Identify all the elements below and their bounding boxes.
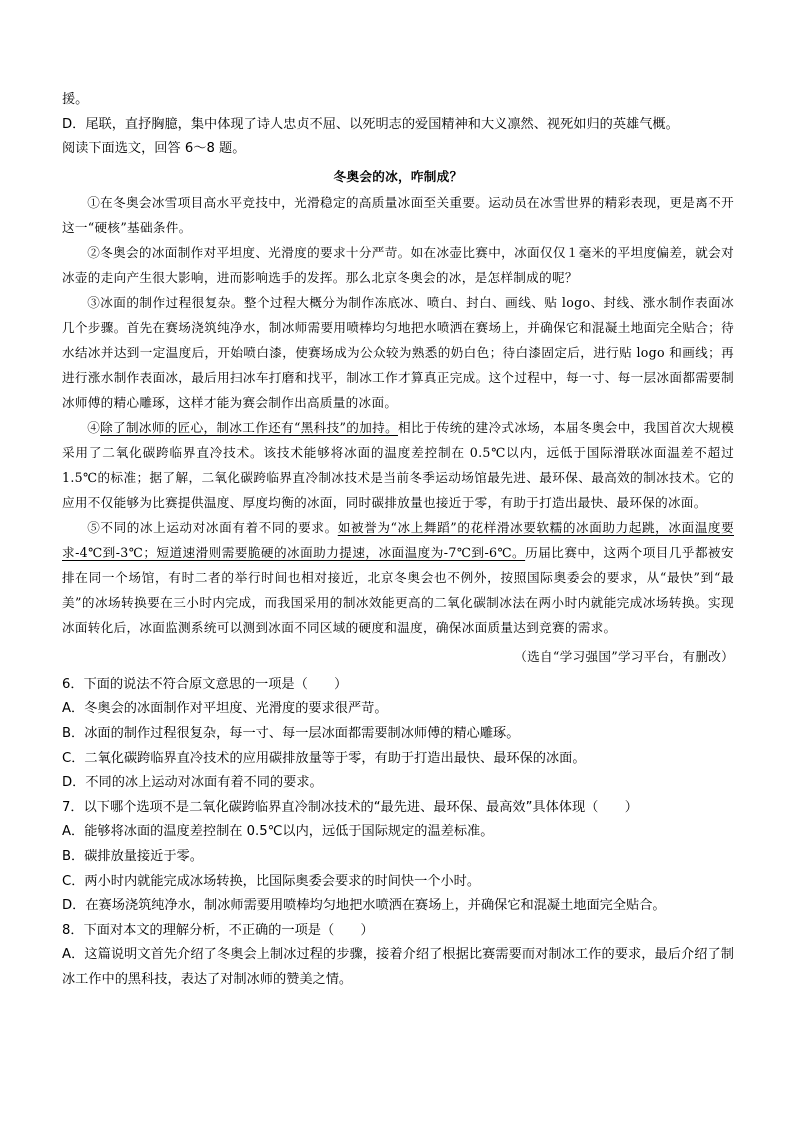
question-7: 7．以下哪个选项不是二氧化碳跨临界直冷制冰技术的“最先进、最环保、最高效”具体体… xyxy=(62,796,734,919)
article-paragraph-4: ④除了制冰师的匠心，制冰工作还有“黑科技”的加持。相比于传统的建冷式冰场，本届冬… xyxy=(62,415,734,515)
option-a: A．能够将冰面的温度差控制在 0.5℃以内，远低于国际规定的温差标准。 xyxy=(62,820,734,845)
article-source: （选自“学习强国”学习平台，有删改） xyxy=(62,644,734,669)
article-paragraph-5: ⑤不同的冰上运动对冰面有着不同的要求。如被誉为“冰上舞蹈”的花样滑冰要软糯的冰面… xyxy=(62,515,734,640)
article-paragraph-1: ①在冬奥会冰雪项目高水平竞技中，光滑稳定的高质量冰面至关重要。运动员在冰雪世界的… xyxy=(62,190,734,240)
option-b: B．碳排放量接近于零。 xyxy=(62,845,734,870)
paragraph-lead: ⑤不同的冰上运动对冰面有着不同的要求。 xyxy=(87,520,338,535)
article-paragraph-3: ③冰面的制作过程很复杂。整个过程大概分为制作冻底冰、喷白、封白、画线、贴 log… xyxy=(62,290,734,415)
option-a: A．冬奥会的冰面制作对平坦度、光滑度的要求很严苛。 xyxy=(62,697,734,722)
exam-page: 援。 D．尾联，直抒胸臆，集中体现了诗人忠贞不屈、以死明志的爱国精神和大义凛然、… xyxy=(62,88,734,993)
reading-instruction: 阅读下面选文，回答 6～8 题。 xyxy=(62,137,734,162)
option-b: B．冰面的制作过程很复杂，每一寸、每一层冰面都需要制冰师傅的精心雕琢。 xyxy=(62,722,734,747)
question-6: 6．下面的说法不符合原文意思的一项是（ ） A．冬奥会的冰面制作对平坦度、光滑度… xyxy=(62,673,734,796)
underlined-sentence: 除了制冰师的匠心，制冰工作还有“黑科技”的加持。 xyxy=(100,420,398,435)
previous-option-d: D．尾联，直抒胸臆，集中体现了诗人忠贞不屈、以死明志的爱国精神和大义凛然、视死如… xyxy=(62,113,734,138)
article-body: ①在冬奥会冰雪项目高水平竞技中，光滑稳定的高质量冰面至关重要。运动员在冰雪世界的… xyxy=(62,190,734,669)
option-a: A．这篇说明文首先介绍了冬奥会上制冰过程的步骤，接着介绍了根据比赛需要而对制冰工… xyxy=(62,943,734,992)
paragraph-number: ④ xyxy=(87,420,100,435)
question-stem: 6．下面的说法不符合原文意思的一项是（ ） xyxy=(62,673,734,698)
question-stem: 8．下面对本文的理解分析，不正确的一项是（ ） xyxy=(62,919,734,944)
carry-over-text: 援。 xyxy=(62,88,734,113)
question-stem: 7．以下哪个选项不是二氧化碳跨临界直冷制冰技术的“最先进、最环保、最高效”具体体… xyxy=(62,796,734,821)
option-c: C．二氧化碳跨临界直冷技术的应用碳排放量等于零，有助于打造出最快、最环保的冰面。 xyxy=(62,747,734,772)
option-d: D．在赛场浇筑纯净水，制冰师需要用喷棒均匀地把水喷洒在赛场上，并确保它和混凝土地… xyxy=(62,894,734,919)
article-title: 冬奥会的冰，咋制成？ xyxy=(62,164,734,189)
question-8: 8．下面对本文的理解分析，不正确的一项是（ ） A．这篇说明文首先介绍了冬奥会上… xyxy=(62,919,734,993)
option-c: C．两小时内就能完成冰场转换，比国际奥委会要求的时间快一个小时。 xyxy=(62,870,734,895)
option-d: D．不同的冰上运动对冰面有着不同的要求。 xyxy=(62,771,734,796)
article-paragraph-2: ②冬奥会的冰面制作对平坦度、光滑度的要求十分严苛。如在冰壶比赛中，冰面仅仅１毫米… xyxy=(62,240,734,290)
